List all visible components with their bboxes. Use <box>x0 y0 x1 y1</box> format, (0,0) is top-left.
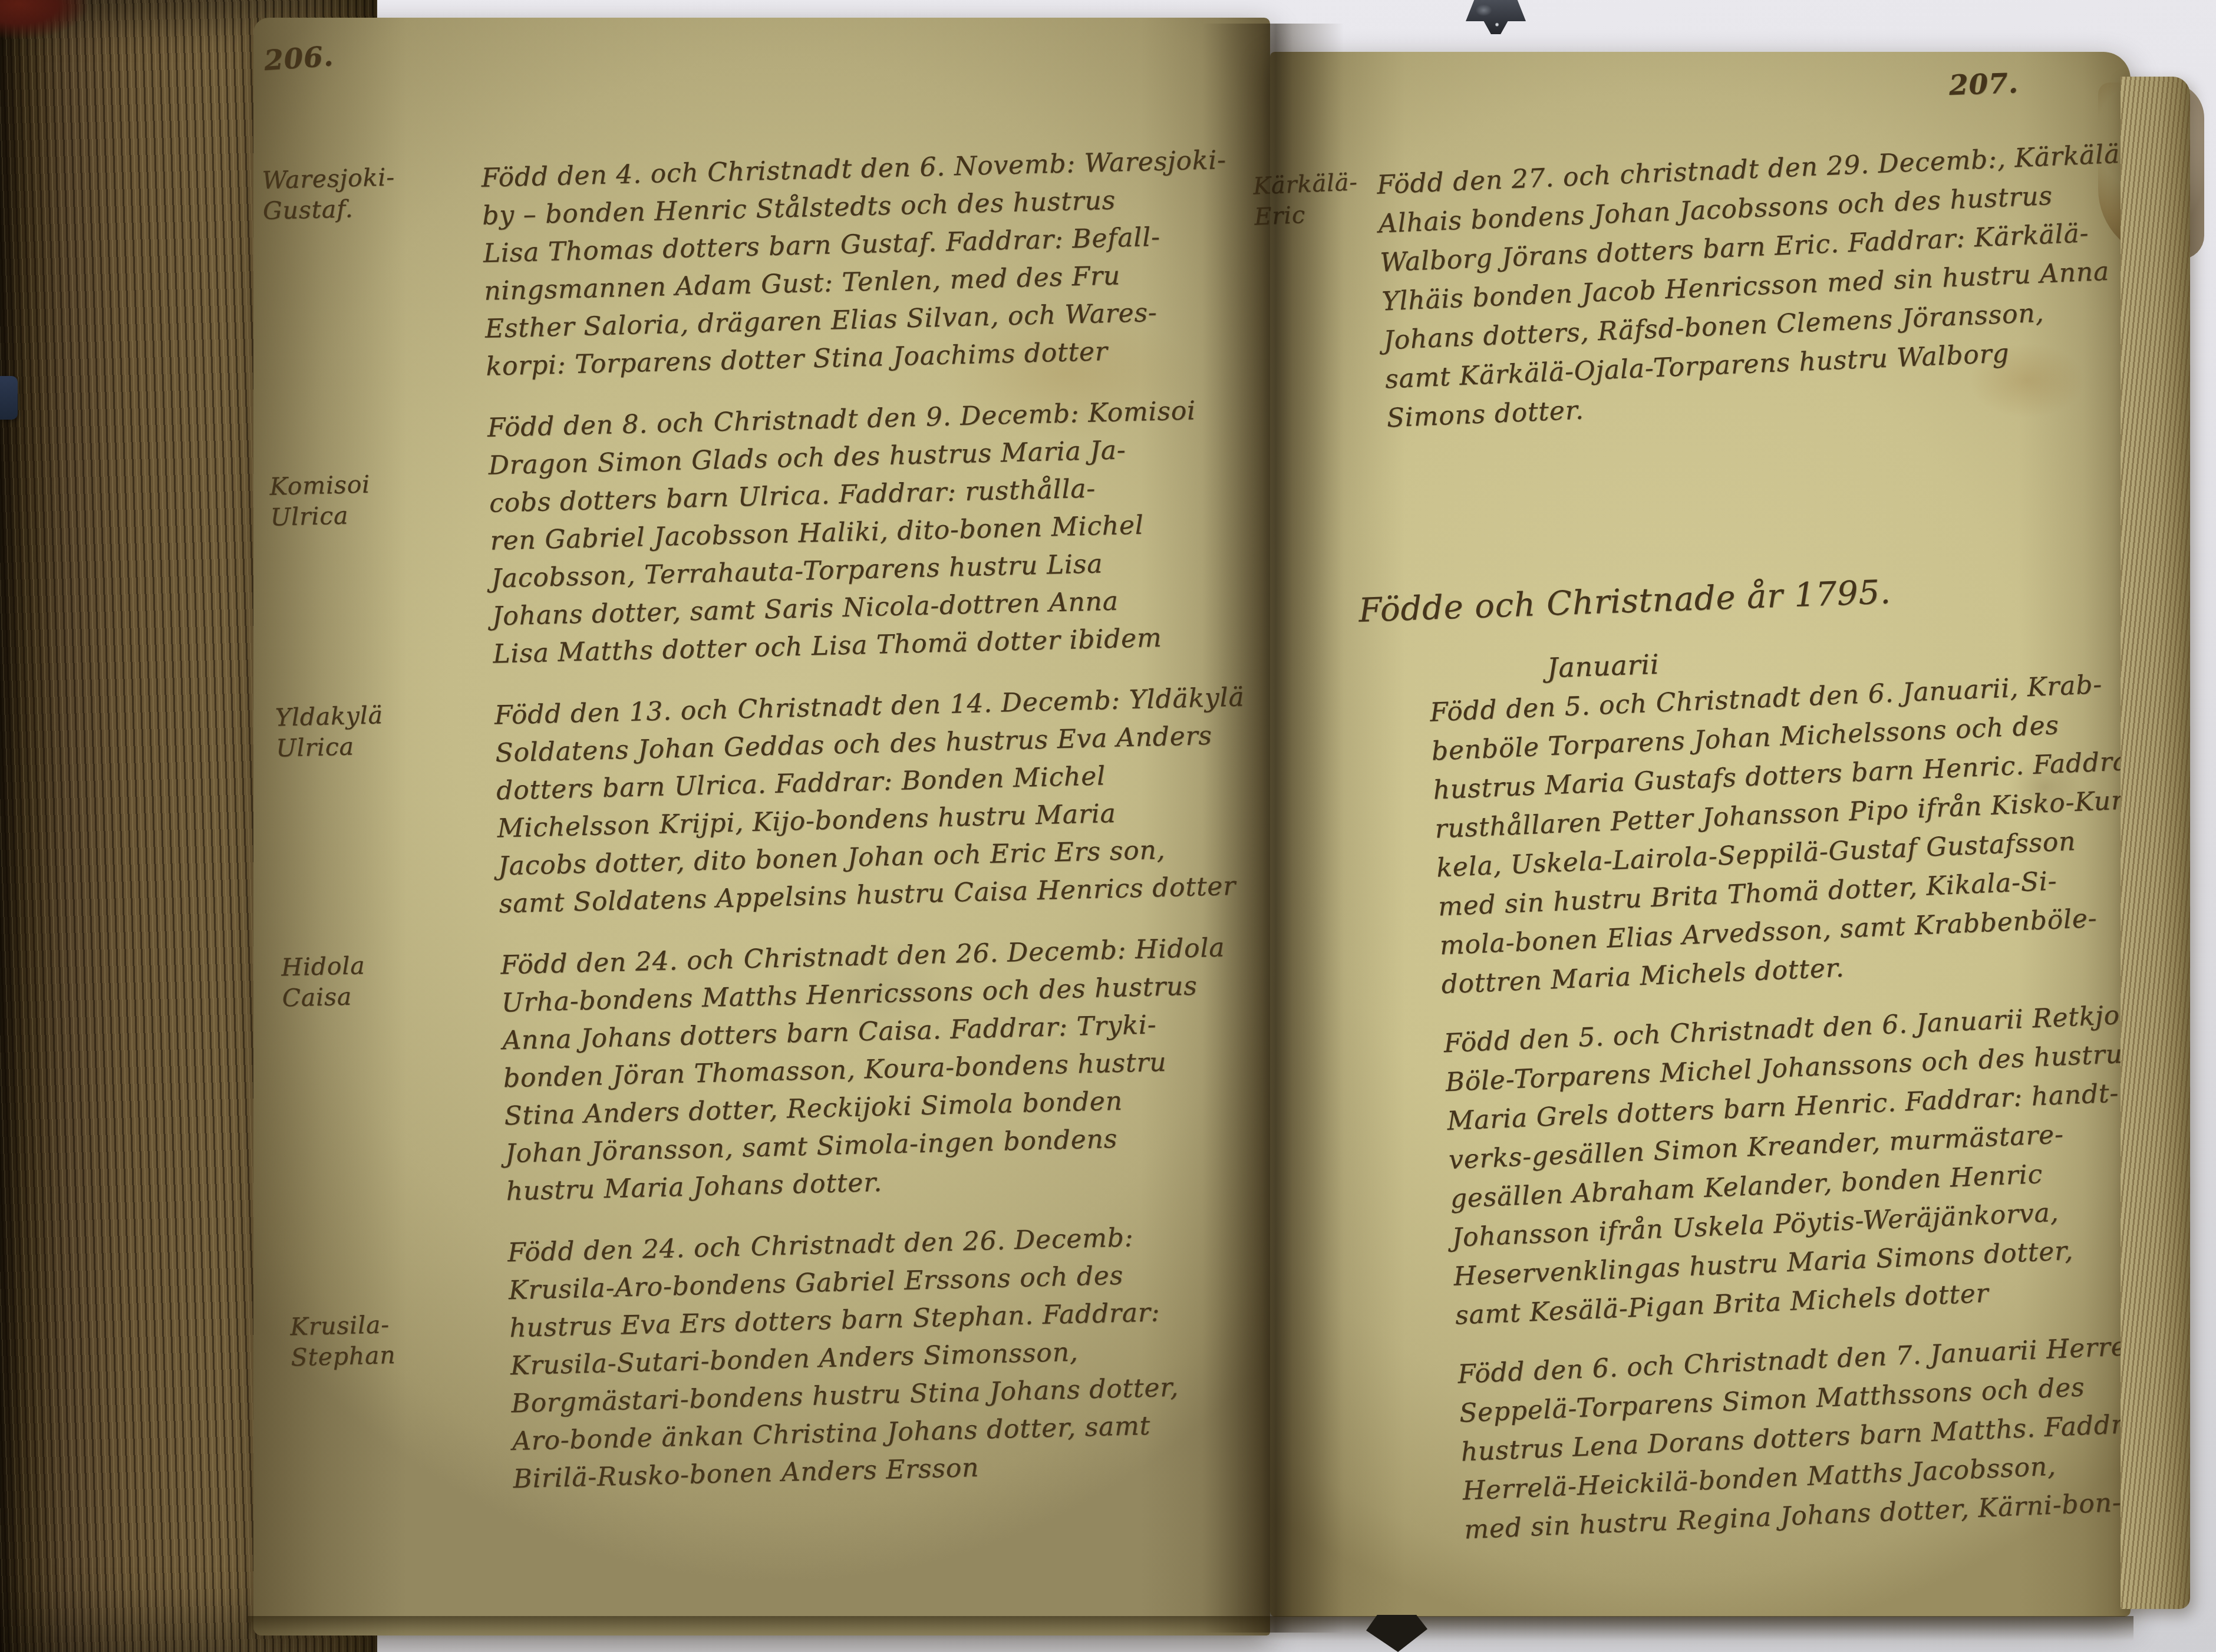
register-entry: Krusila-Stephan Född den 24. och Christn… <box>286 1215 1302 1504</box>
register-entry: HidolaCaisa Född den 24. och Christnadt … <box>279 928 1295 1216</box>
right-page: 207. Kärkälä-Eric Född den 27. och chris… <box>1270 52 2131 1617</box>
month-section-header: Januarii <box>1546 648 1660 684</box>
margin-label-line: Waresjoki- <box>262 160 482 196</box>
entry-margin-label: Krusila-Stephan <box>286 1234 510 1373</box>
margin-label-line: Ulrica <box>270 497 490 533</box>
entry-margin-label: YldakyläUlrica <box>272 697 495 764</box>
margin-label-line: Gustaf. <box>262 190 482 226</box>
book-gutter-shadow <box>1202 24 1344 1633</box>
margin-label-line: Yldakylä <box>275 697 494 733</box>
entry-margin-label: HidolaCaisa <box>279 947 502 1013</box>
margin-label-line: Hidola <box>281 947 501 982</box>
entry-margin-label: Waresjoki-Gustaf. <box>259 160 482 226</box>
right-page-entries-january: Född den 5. och Christnadt den 6. Januar… <box>1341 662 2202 1573</box>
entry-text-block: Född den 24. och Christnadt den 26. Dece… <box>500 928 1296 1211</box>
book-page-stack-right-edge <box>2121 77 2190 1609</box>
register-entry: YldakyläUlrica Född den 13. och Christna… <box>272 678 1288 929</box>
margin-label-line: Krusila- <box>290 1306 510 1342</box>
book-spine-corner <box>0 0 94 41</box>
register-entry: KomisoiUlrica Född den 8. och Christnadt… <box>265 390 1282 679</box>
margin-label-line: Stephan <box>291 1337 510 1373</box>
register-entry: Född den 5. och Christnadt den 6. Januar… <box>1355 994 2192 1339</box>
register-entry: Född den 6. och Christnadt den 7. Januar… <box>1368 1324 2201 1553</box>
left-page: 206. Waresjoki-Gustaf. Född den 4. och C… <box>253 18 1270 1635</box>
register-entry: Född den 5. och Christnadt den 6. Januar… <box>1341 662 2178 1008</box>
right-page-entries-december: Kärkälä-Eric Född den 27. och christnadt… <box>1288 134 2141 441</box>
margin-label-line: Komisoi <box>269 466 489 502</box>
margin-label-line: Caisa <box>282 977 502 1013</box>
entry-text-block: Född den 4. och Christnadt den 6. Novemb… <box>481 140 1275 386</box>
entry-text-block: Född den 8. och Christnadt den 9. Decemb… <box>487 390 1282 674</box>
page-number-right: 207. <box>1948 67 2019 102</box>
left-page-entries: Waresjoki-Gustaf. Född den 4. och Christ… <box>259 140 1302 1503</box>
entry-text-block: Född den 5. och Christnadt den 6. Januar… <box>1443 994 2192 1336</box>
book-bottom-shadow <box>248 1616 2133 1641</box>
entry-margin-label <box>1333 1356 1457 1361</box>
entry-text-block: Född den 5. och Christnadt den 6. Januar… <box>1429 662 2178 1004</box>
register-entry: Waresjoki-Gustaf. Född den 4. och Christ… <box>259 140 1275 391</box>
entry-text-block: Född den 24. och Christnadt den 26. Dece… <box>507 1215 1302 1499</box>
register-entry: Kärkälä-Eric Född den 27. och christnadt… <box>1288 134 2141 441</box>
margin-label-line: Ulrica <box>276 728 496 764</box>
entry-text-block: Född den 6. och Christnadt den 7. Januar… <box>1457 1324 2201 1549</box>
entry-text-block: Född den 13. och Christnadt den 14. Dece… <box>494 678 1288 924</box>
page-number-left: 206. <box>263 40 334 77</box>
year-section-header: Födde och Christnade år 1795. <box>1358 573 1891 629</box>
entry-text-block: Född den 27. och christnadt den 29. Dece… <box>1376 134 2141 438</box>
left-edge-clamp <box>0 376 18 420</box>
entry-margin-label: KomisoiUlrica <box>265 410 490 533</box>
